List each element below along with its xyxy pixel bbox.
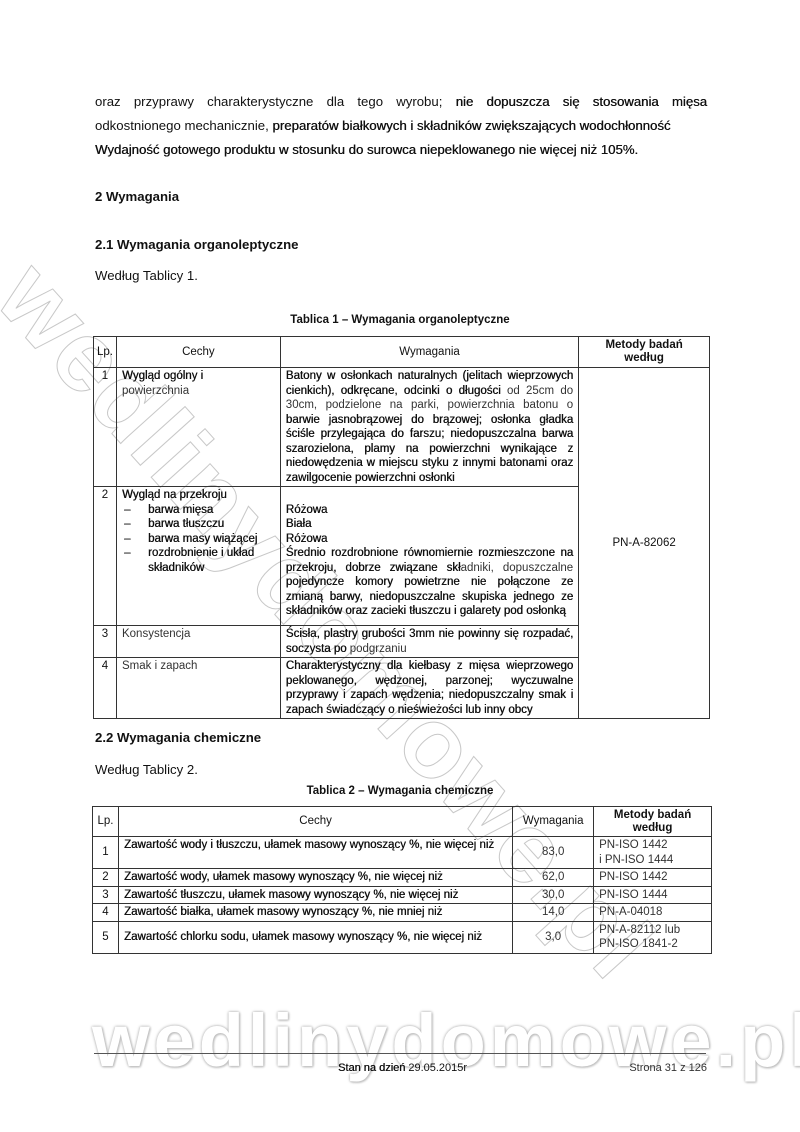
row-lp: 3 [94,626,117,658]
row-requirement: Różowa Biała Różowa Średnio rozdrobnione… [280,487,578,626]
row-method: PN-A-04018 [594,904,712,922]
row-lp: 4 [94,658,117,719]
table-2-caption: Tablica 2 – Wymagania chemiczne [0,785,800,797]
row-lp: 3 [93,886,119,904]
row-feature: Zawartość chlorku sodu, ułamek masowy wy… [118,921,512,953]
header-cechy: Cechy [118,807,512,837]
header-lp: Lp. [94,337,117,368]
sub-feature: barwa tłuszczu [122,517,275,532]
intro-line1-bold: nie dopuszcza się stosowania mięsa [456,94,707,109]
sub-feature: barwa mięsa [122,503,275,518]
row-value: 83,0 [513,837,594,869]
section-2-2-heading: 2.2 Wymagania chemiczne [95,730,261,745]
row-feature: Zawartość wody i tłuszczu, ułamek masowy… [118,837,512,869]
document-page: wedlinydomowe.pl oraz przyprawy charakte… [0,0,800,1132]
row-requirement: Ścisła, plastry grubości 3mm nie powinny… [280,626,578,658]
header-wymagania: Wymagania [513,807,594,837]
row-method: PN-ISO 1444 [594,886,712,904]
header-metody: Metody badań według [579,337,710,368]
footer-page-number: Strona 31 z 126 [629,1062,707,1074]
row-method: PN-ISO 1442i PN-ISO 1444 [594,837,712,869]
footer-divider [94,1053,706,1054]
row-requirement: Charakterystyczny dla kiełbasy z mięsa w… [280,658,578,719]
row-feature: Zawartość tłuszczu, ułamek masowy wynosz… [118,886,512,904]
row-method: PN-A-82112 lubPN-ISO 1841-2 [594,921,712,953]
row-lp: 1 [94,368,117,487]
header-lp: Lp. [93,807,119,837]
row-lp: 2 [94,487,117,626]
intro-line2-normal: odkostnionego mechanicznie, [95,118,272,133]
section-2-heading: 2 Wymagania [95,189,179,204]
header-wymagania: Wymagania [280,337,578,368]
row-feature: Wygląd na przekroju barwa mięsa barwa tł… [116,487,280,626]
header-metody: Metody badań według [594,807,712,837]
row-lp: 1 [93,837,119,869]
section-2-1-heading: 2.1 Wymagania organoleptyczne [95,237,299,252]
intro-line1-normal: oraz przyprawy charakterystyczne dla teg… [95,94,456,109]
row-feature: Konsystencja [116,626,280,658]
table-header-row: Lp. Cechy Wymagania Metody badań według [94,337,710,368]
row-lp: 5 [93,921,119,953]
table-header-row: Lp. Cechy Wymagania Metody badań według [93,807,712,837]
section-2-1-ref: Według Tablicy 1. [95,268,198,283]
row-feature: Wygląd ogólny i powierzchnia [116,368,280,487]
row-requirement: Batony w osłonkach naturalnych (jelitach… [280,368,578,487]
sub-feature: barwa masy wiążącej [122,532,275,547]
header-cechy: Cechy [116,337,280,368]
sub-feature: rozdrobnienie i układ składników [122,546,275,575]
footer-date: Stan na dzień 29.05.2015r [338,1062,467,1074]
intro-line3: Wydajność gotowego produktu w stosunku d… [95,138,707,162]
row-feature: Smak i zapach [116,658,280,719]
row-lp: 4 [93,904,119,922]
section-2-2-ref: Według Tablicy 2. [95,762,198,777]
table-row: 1 Wygląd ogólny i powierzchnia Batony w … [94,368,710,487]
table-row: 4 Zawartość białka, ułamek masowy wynosz… [93,904,712,922]
table-row: 2 Zawartość wody, ułamek masowy wynosząc… [93,869,712,887]
table-row: 5 Zawartość chlorku sodu, ułamek masowy … [93,921,712,953]
row-value: 62,0 [513,869,594,887]
row-value: 14,0 [513,904,594,922]
row-method: PN-ISO 1442 [594,869,712,887]
table-2-chemical: Lp. Cechy Wymagania Metody badań według … [92,806,712,954]
table-row: 1 Zawartość wody i tłuszczu, ułamek maso… [93,837,712,869]
intro-line2-bold: preparatów białkowych i składników zwięk… [272,118,670,133]
row-value: 3,0 [513,921,594,953]
row-feature: Zawartość białka, ułamek masowy wynosząc… [118,904,512,922]
intro-paragraph: oraz przyprawy charakterystyczne dla teg… [95,90,707,162]
table-1-organoleptic: Lp. Cechy Wymagania Metody badań według … [93,336,710,719]
table-1-caption: Tablica 1 – Wymagania organoleptyczne [0,314,800,326]
row-lp: 2 [93,869,119,887]
table-row: 3 Zawartość tłuszczu, ułamek masowy wyno… [93,886,712,904]
row-method: PN-A-82062 [579,368,710,719]
row-feature: Zawartość wody, ułamek masowy wynoszący … [118,869,512,887]
row-value: 30,0 [513,886,594,904]
